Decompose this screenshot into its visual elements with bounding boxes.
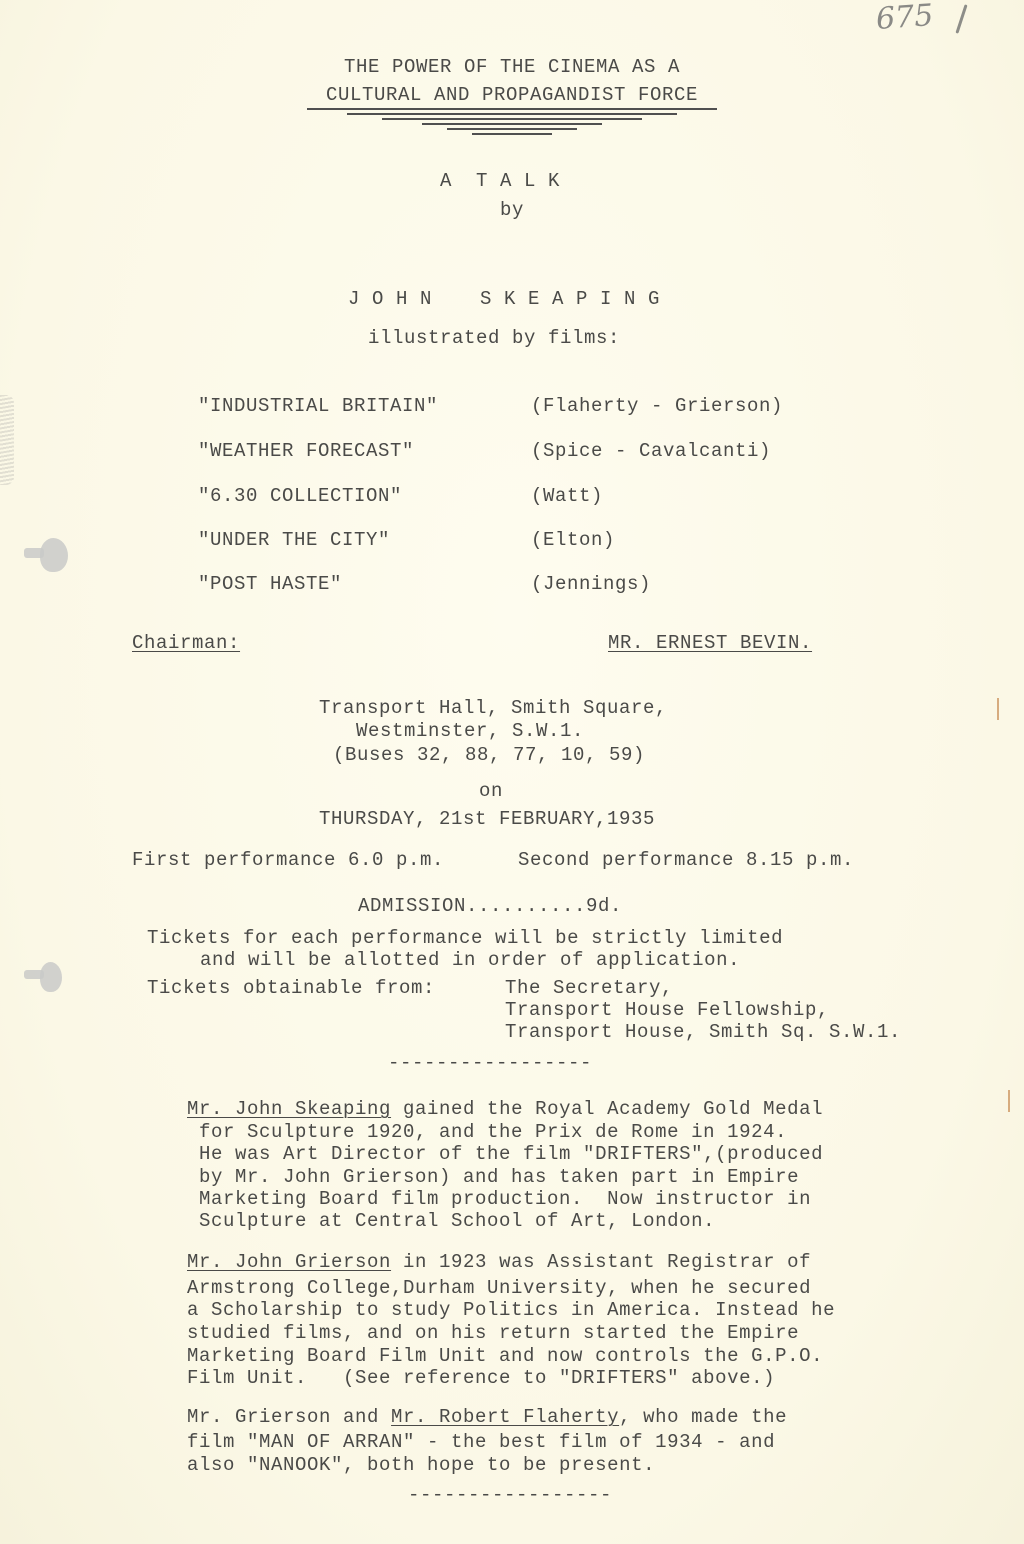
- on-label: on: [479, 780, 503, 802]
- bio-skeaping-line-4: by Mr. John Grierson) and has taken part…: [187, 1166, 799, 1188]
- tickets-note-1: Tickets for each performance will be str…: [147, 927, 783, 949]
- punch-hole-mark-tail: [24, 970, 44, 979]
- first-performance: First performance 6.0 p.m.: [132, 849, 444, 871]
- film-directors: (Elton): [531, 529, 615, 551]
- by-label: by: [0, 199, 1024, 221]
- bio-skeaping-line-6: Sculpture at Central School of Art, Lond…: [187, 1210, 715, 1232]
- tickets-address-2: Transport House Fellowship,: [505, 999, 829, 1021]
- bio-skeaping-line-2: for Sculpture 1920, and the Prix de Rome…: [187, 1121, 787, 1143]
- film-row: "6.30 COLLECTION"(Watt): [0, 485, 1024, 509]
- bio-flaherty-name: Mr. Robert Flaherty: [391, 1406, 619, 1428]
- bio-skeaping-line-3: He was Art Director of the film "DRIFTER…: [187, 1143, 823, 1165]
- bio-grierson-line-2: Armstrong College,Durham University, whe…: [187, 1277, 811, 1299]
- tickets-note-2: and will be allotted in order of applica…: [200, 949, 740, 971]
- bio-grierson-line-4: studied films, and on his return started…: [187, 1322, 799, 1344]
- bio-grierson-line-6: Film Unit. (See reference to "DRIFTERS" …: [187, 1367, 775, 1389]
- film-row: "UNDER THE CITY"(Elton): [0, 529, 1024, 553]
- film-directors: (Flaherty - Grierson): [531, 395, 783, 417]
- film-title: "WEATHER FORECAST": [198, 440, 414, 462]
- bio-grierson-line-5: Marketing Board Film Unit and now contro…: [187, 1345, 823, 1367]
- handwritten-bracket: [955, 4, 967, 33]
- venue-buses: (Buses 32, 88, 77, 10, 59): [333, 744, 645, 766]
- tickets-address-3: Transport House, Smith Sq. S.W.1.: [505, 1021, 901, 1043]
- talk-heading: A T A L K: [0, 170, 1012, 192]
- bio-grierson-name: Mr. John Grierson: [187, 1251, 391, 1273]
- bio-flaherty-line-1: Mr. Grierson and Mr. Robert Flaherty, wh…: [187, 1406, 787, 1428]
- event-date: THURSDAY, 21st FEBRUARY,1935: [319, 808, 655, 830]
- bio-grierson-line-1: Mr. John Grierson in 1923 was Assistant …: [187, 1251, 811, 1273]
- bio-flaherty-line-2: film "MAN OF ARRAN" - the best film of 1…: [187, 1431, 775, 1453]
- title-line-2: CULTURAL AND PROPAGANDIST FORCE: [0, 84, 1024, 106]
- closing-divider: -----------------: [408, 1484, 612, 1506]
- film-row: "POST HASTE"(Jennings): [0, 573, 1024, 597]
- film-row: "INDUSTRIAL BRITAIN"(Flaherty - Grierson…: [0, 395, 1024, 419]
- film-title: "POST HASTE": [198, 573, 342, 595]
- venue-line-1: Transport Hall, Smith Square,: [319, 697, 667, 719]
- admission-price: ADMISSION..........9d.: [358, 895, 622, 917]
- chairman-label: Chairman:: [132, 632, 240, 654]
- speaker-name: J O H N S K E A P I N G: [0, 288, 1016, 310]
- film-title: "INDUSTRIAL BRITAIN": [198, 395, 438, 417]
- bio-grierson-line-3: a Scholarship to study Politics in Ameri…: [187, 1299, 835, 1321]
- tickets-address-1: The Secretary,: [505, 977, 673, 999]
- margin-mark: [1008, 1090, 1010, 1112]
- film-directors: (Jennings): [531, 573, 651, 595]
- film-directors: (Watt): [531, 485, 603, 507]
- margin-mark: [997, 698, 999, 720]
- bio-skeaping-line-1: Mr. John Skeaping gained the Royal Acade…: [187, 1098, 823, 1120]
- bio-skeaping-line-5: Marketing Board film production. Now ins…: [187, 1188, 811, 1210]
- film-title: "UNDER THE CITY": [198, 529, 390, 551]
- tickets-obtain-label: Tickets obtainable from:: [147, 977, 435, 999]
- title-line-1: THE POWER OF THE CINEMA AS A: [0, 56, 1024, 78]
- film-title: "6.30 COLLECTION": [198, 485, 402, 507]
- venue-line-2: Westminster, S.W.1.: [356, 720, 584, 742]
- handwritten-number: 675: [875, 0, 935, 37]
- illustrated-by-label: illustrated by films:: [0, 327, 1006, 349]
- bio-flaherty-line-3: also "NANOOK", both hope to be present.: [187, 1454, 655, 1476]
- document-page: 675 THE POWER OF THE CINEMA AS A CULTURA…: [0, 0, 1024, 1544]
- title-ornamental-rules: [0, 108, 1024, 138]
- chairman-name: MR. ERNEST BEVIN.: [608, 632, 812, 654]
- bio-skeaping-name: Mr. John Skeaping: [187, 1098, 391, 1120]
- section-divider: -----------------: [388, 1052, 592, 1074]
- film-row: "WEATHER FORECAST"(Spice - Cavalcanti): [0, 440, 1024, 464]
- second-performance: Second performance 8.15 p.m.: [518, 849, 854, 871]
- film-directors: (Spice - Cavalcanti): [531, 440, 771, 462]
